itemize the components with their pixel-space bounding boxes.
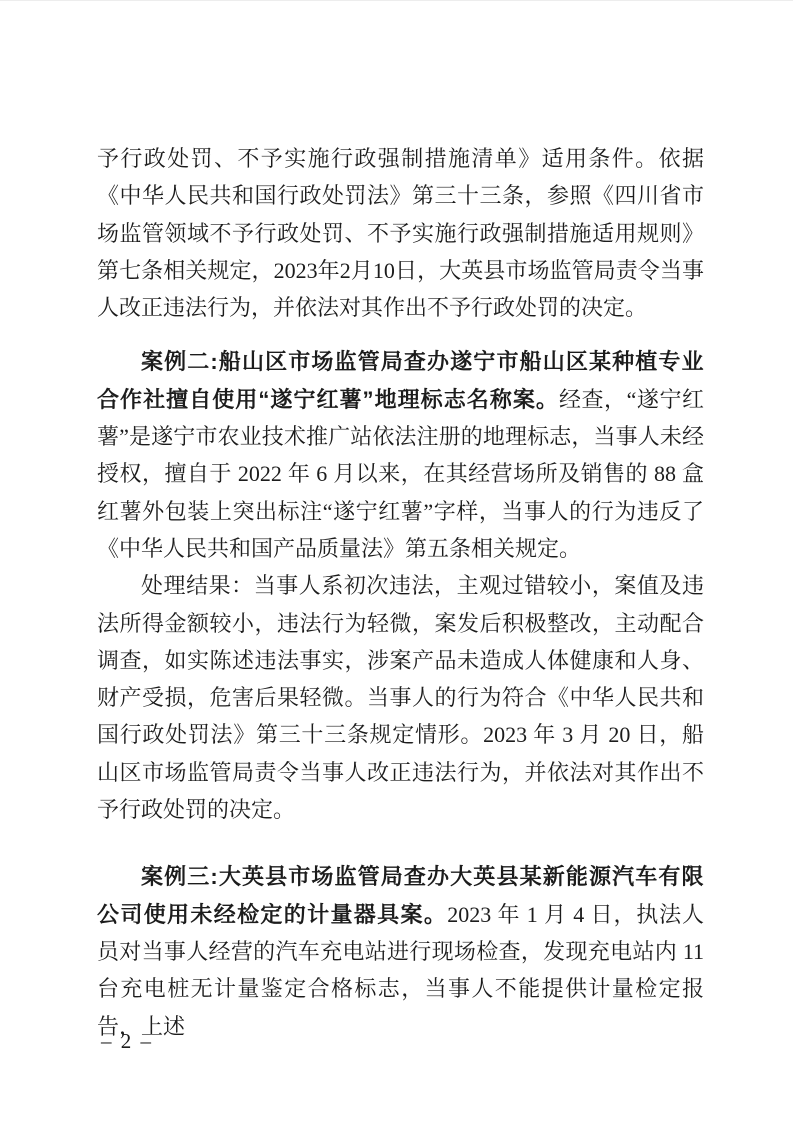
body-text: 经查，“遂宁红薯”是遂宁市农业技术推广站依法注册的地理标志，当事人未经授权，擅自…	[97, 387, 704, 561]
body-text: 处理结果：当事人系初次违法，主观过错较小，案值及违法所得金额较小，违法行为轻微，…	[97, 573, 704, 822]
para-case2-result: 处理结果：当事人系初次违法，主观过错较小，案值及违法所得金额较小，违法行为轻微，…	[97, 567, 704, 828]
document-page: 予行政处罚、不予实施行政强制措施清单》适用条件。依据《中华人民共和国行政处罚法》…	[0, 0, 793, 1122]
para-case1-continuation: 予行政处罚、不予实施行政强制措施清单》适用条件。依据《中华人民共和国行政处罚法》…	[97, 140, 704, 326]
document-body: 予行政处罚、不予实施行政强制措施清单》适用条件。依据《中华人民共和国行政处罚法》…	[97, 140, 704, 1045]
page-number: – 2 –	[101, 1027, 153, 1055]
para-case3: 案例三:大英县市场监管局查办大英县某新能源汽车有限公司使用未经检定的计量器具案。…	[97, 858, 704, 1044]
body-text: 予行政处罚、不予实施行政强制措施清单》适用条件。依据《中华人民共和国行政处罚法》…	[97, 146, 704, 320]
para-case2: 案例二:船山区市场监管局查办遂宁市船山区某种植专业合作社擅自使用“遂宁红薯”地理…	[97, 343, 704, 567]
